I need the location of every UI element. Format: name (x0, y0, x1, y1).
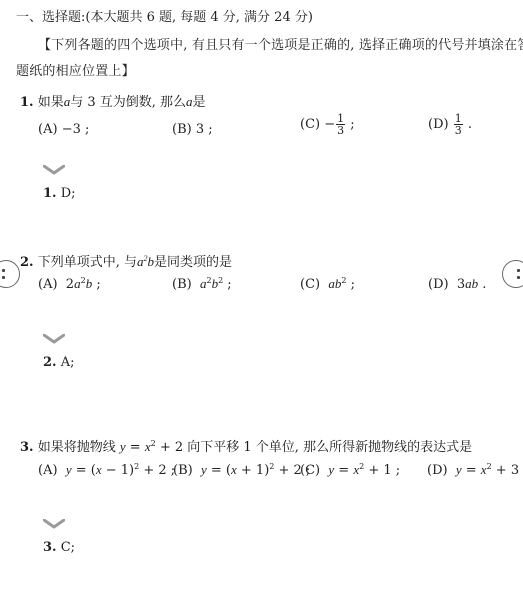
question-2-option-d: (D) 3ab . (428, 276, 486, 292)
question-2-stem: 2. 下列单项式中, 与a2b是同类项的是 (20, 251, 232, 270)
section-heading: 一、选择题:(本大题共 6 题, 每题 4 分, 满分 24 分) (16, 6, 313, 25)
question-3-option-a: (A) y = (x − 1)2 + 2 ; (38, 462, 175, 478)
question-1-option-c: (C) −13 ; (300, 113, 355, 136)
question-3-option-b: (B) y = (x + 1)2 + 2 ; (173, 462, 310, 478)
chevron-left-icon (2, 269, 5, 279)
answer-2: 2. A; (43, 355, 75, 370)
question-1-option-a: (A) −3 ; (38, 122, 89, 137)
question-1-option-b: (B) 3 ; (172, 122, 213, 137)
question-number: 2. (20, 255, 34, 270)
answer-1: 1. D; (43, 186, 76, 201)
question-number: 3. (20, 440, 34, 455)
chevron-down-icon[interactable] (43, 519, 65, 529)
fraction: 13 (454, 113, 463, 136)
chevron-right-icon (517, 269, 520, 279)
question-3-stem: 3. 如果将抛物线 y = x2 + 2 向下平移 1 个单位, 那么所得新抛物… (20, 436, 472, 455)
carousel-next-button[interactable] (502, 260, 523, 288)
chevron-down-icon[interactable] (43, 334, 65, 344)
question-2-option-c: (C) ab2 ; (300, 276, 355, 292)
question-number: 1. (20, 95, 34, 110)
answer-3: 3. C; (43, 540, 75, 555)
question-1-option-d: (D) 13 . (428, 113, 472, 136)
section-instruction-line1: 【下列各题的四个选项中, 有且只有一个选项是正确的, 选择正确项的代号并填涂在答 (38, 34, 523, 53)
question-1-stem: 1. 如果a与 3 互为倒数, 那么a是 (20, 91, 206, 110)
question-3-option-c: (C) y = x2 + 1 ; (300, 462, 400, 478)
question-2-option-a: (A) 2a2b ; (38, 276, 101, 292)
question-2-option-b: (B) a2b2 ; (172, 276, 232, 292)
section-instruction-line2: 题纸的相应位置上】 (16, 60, 135, 79)
carousel-prev-button[interactable] (0, 260, 20, 288)
question-3-option-d: (D) y = x2 + 3 . (427, 462, 523, 478)
fraction: 13 (336, 113, 345, 136)
chevron-down-icon[interactable] (43, 165, 65, 175)
